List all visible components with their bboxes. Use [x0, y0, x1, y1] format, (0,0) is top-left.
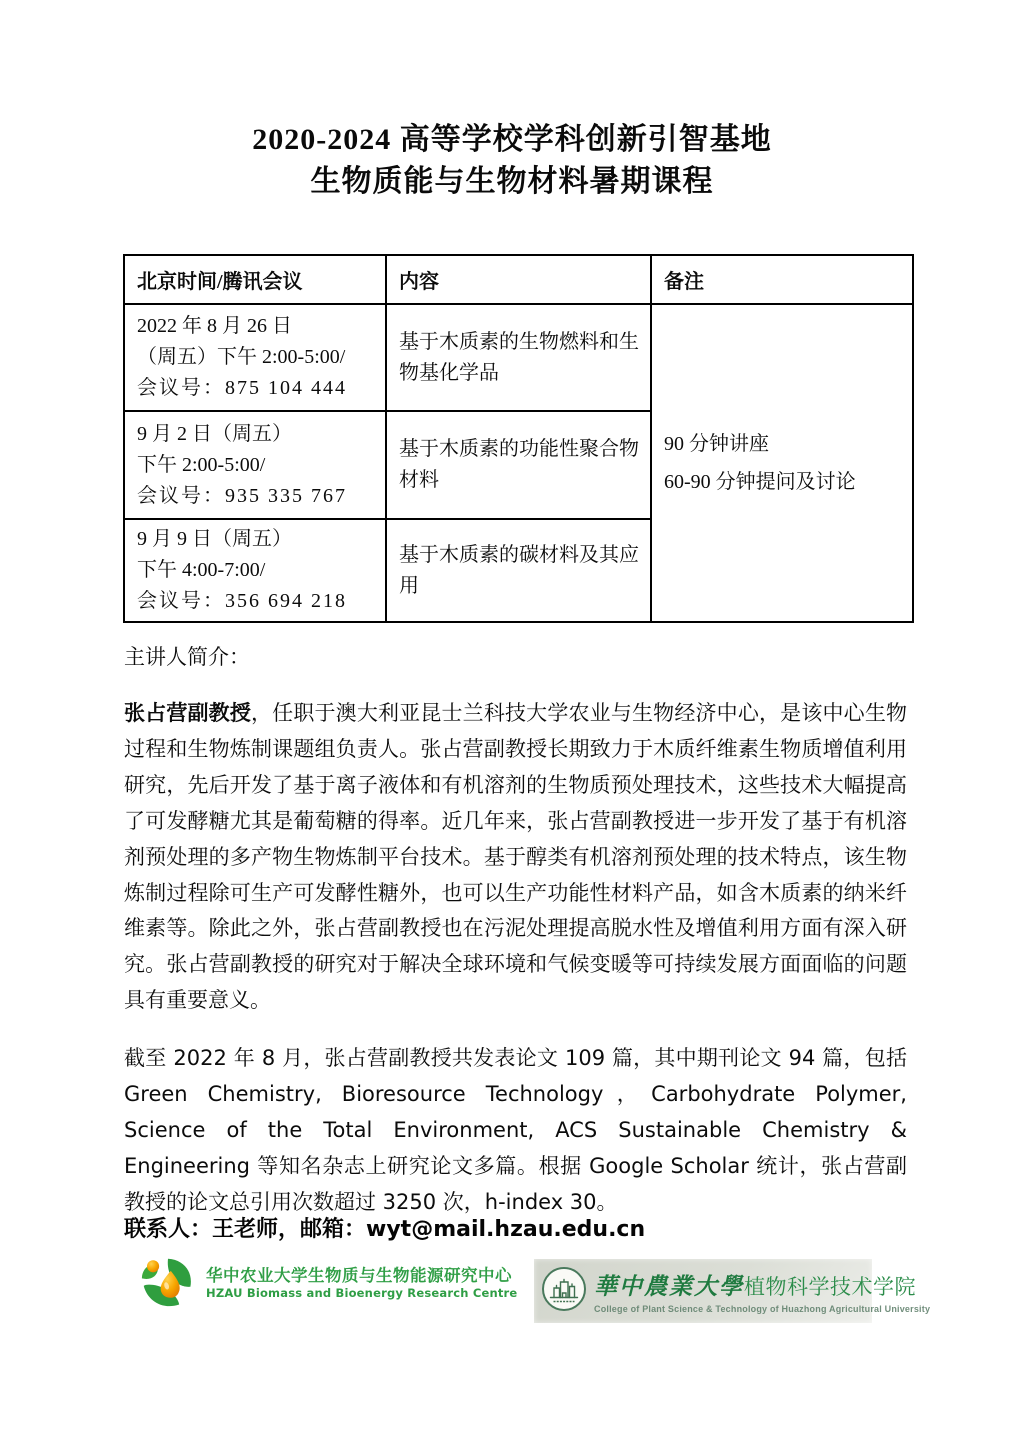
speaker-intro-heading: 主讲人简介： — [124, 641, 250, 671]
plant-science-college-row1: 華中農業大學植物科学技术学院 — [594, 1268, 866, 1301]
biomass-centre-name-en: HZAU Biomass and Bioenergy Research Cent… — [206, 1286, 517, 1300]
speaker-name: 张占营副教授 — [124, 701, 251, 725]
note-cell: 90 分钟讲座 60-90 分钟提问及讨论 — [651, 304, 913, 622]
note-line-2: 60-90 分钟提问及讨论 — [664, 463, 904, 501]
biomass-centre-logo: 华中农业大学生物质与生物能源研究中心 HZAU Biomass and Bioe… — [140, 1256, 517, 1312]
session-2-hours: 下午 2:00-5:00/ — [137, 450, 377, 481]
session-1-topic: 基于木质素的生物燃料和生物基化学品 — [386, 304, 651, 411]
speaker-bio-text: ，任职于澳大利亚昆士兰科技大学农业与生物经济中心，是该中心生物过程和生物炼制课题… — [124, 701, 907, 1012]
session-1-date: 2022 年 8 月 26 日 — [137, 311, 377, 342]
course-schedule-table: 北京时间/腾讯会议 内容 备注 2022 年 8 月 26 日 （周五）下午 2… — [123, 254, 914, 623]
college-name-en: College of Plant Science & Technology of… — [594, 1304, 866, 1314]
session-2-meeting-id: 会议号：935 335 767 — [137, 481, 377, 512]
biomass-centre-logo-text: 华中农业大学生物质与生物能源研究中心 HZAU Biomass and Bioe… — [206, 1266, 517, 1300]
biomass-centre-name-cn: 华中农业大学生物质与生物能源研究中心 — [206, 1266, 517, 1286]
session-3-date: 9 月 9 日（周五） — [137, 524, 377, 555]
session-1-meeting-id: 会议号：875 104 444 — [137, 373, 377, 404]
contact-label: 联系人：王老师，邮箱： — [124, 1217, 366, 1242]
speaker-bio-paragraph: 张占营副教授，任职于澳大利亚昆士兰科技大学农业与生物经济中心，是该中心生物过程和… — [124, 696, 907, 1019]
session-1-hours: （周五）下午 2:00-5:00/ — [137, 342, 377, 373]
contact-email: wyt@mail.hzau.edu.cn — [366, 1217, 645, 1242]
session-2-date: 9 月 2 日（周五） — [137, 419, 377, 450]
speaker-publications-paragraph: 截至 2022 年 8 月，张占营副教授共发表论文 109 篇，其中期刊论文 9… — [124, 1041, 907, 1221]
session-3-hours: 下午 4:00-7:00/ — [137, 555, 377, 586]
session-2-topic: 基于木质素的功能性聚合物材料 — [386, 411, 651, 519]
table-header-content: 内容 — [386, 255, 651, 304]
table-header-time: 北京时间/腾讯会议 — [124, 255, 386, 304]
table-header-row: 北京时间/腾讯会议 内容 备注 — [124, 255, 913, 304]
plant-science-college-logo: 華中農業大學植物科学技术学院 College of Plant Science … — [534, 1259, 872, 1323]
session-3-time: 9 月 9 日（周五） 下午 4:00-7:00/ 会议号：356 694 21… — [124, 519, 386, 622]
note-line-1: 90 分钟讲座 — [664, 425, 904, 463]
page-title: 2020-2024 高等学校学科创新引智基地 生物质能与生物材料暑期课程 — [0, 119, 1024, 203]
session-2-time: 9 月 2 日（周五） 下午 2:00-5:00/ 会议号：935 335 76… — [124, 411, 386, 519]
session-1-time: 2022 年 8 月 26 日 （周五）下午 2:00-5:00/ 会议号：87… — [124, 304, 386, 411]
university-emblem-icon — [542, 1267, 586, 1311]
biomass-centre-logo-icon — [140, 1256, 196, 1312]
page-title-line-1: 2020-2024 高等学校学科创新引智基地 — [0, 119, 1024, 161]
college-name-cn: 植物科学技术学院 — [744, 1275, 916, 1299]
table-header-note: 备注 — [651, 255, 913, 304]
session-3-meeting-id: 会议号：356 694 218 — [137, 586, 377, 617]
table-row: 2022 年 8 月 26 日 （周五）下午 2:00-5:00/ 会议号：87… — [124, 304, 913, 411]
page-title-line-2: 生物质能与生物材料暑期课程 — [0, 161, 1024, 203]
contact-line: 联系人：王老师，邮箱：wyt@mail.hzau.edu.cn — [124, 1212, 645, 1243]
document-page: 2020-2024 高等学校学科创新引智基地 生物质能与生物材料暑期课程 北京时… — [0, 0, 1024, 1447]
session-3-topic: 基于木质素的碳材料及其应用 — [386, 519, 651, 622]
plant-science-college-text: 華中農業大學植物科学技术学院 College of Plant Science … — [594, 1268, 866, 1314]
university-calligraphy-name: 華中農業大學 — [594, 1273, 744, 1300]
